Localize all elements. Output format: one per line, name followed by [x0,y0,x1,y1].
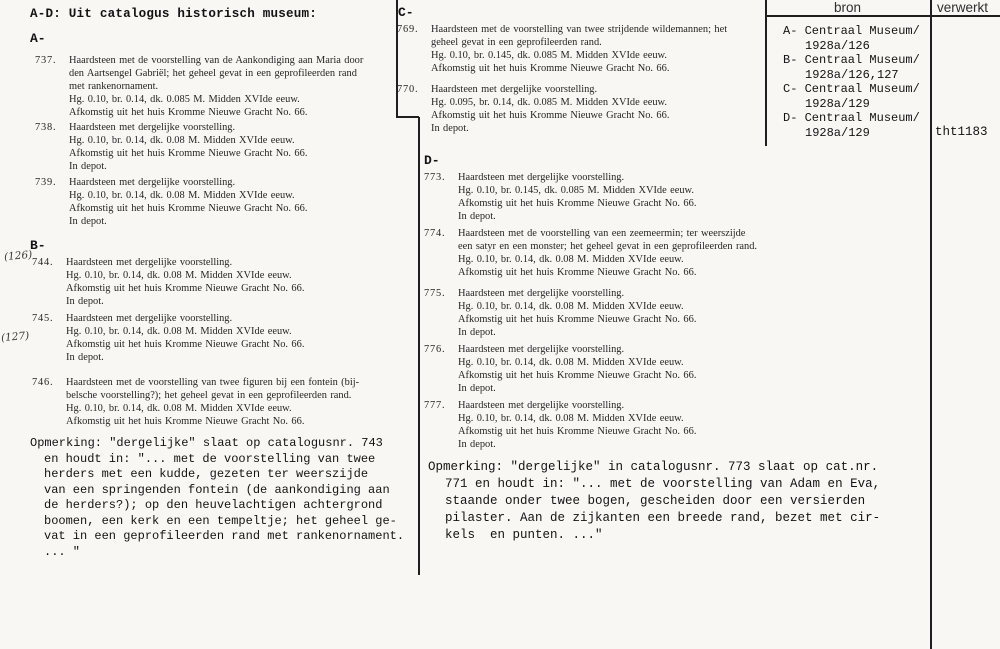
entry-line: Afkomstig uit het huis Kromme Nieuwe Gra… [458,369,696,382]
verwerkt-column-header: verwerkt [937,0,988,15]
entry-line: Haardsteen met dergelijke voorstelling. [66,312,304,325]
opmerking-line: herders met een kudde, gezeten ter weers… [30,467,404,483]
entry-line: Afkomstig uit het huis Kromme Nieuwe Gra… [458,425,696,438]
entry-text: Haardsteen met de voorstelling van twee … [66,376,359,428]
opmerking-line: van een springenden fontein (de aankondi… [30,483,404,499]
bron-entry-ref: 1928a/126,127 [783,68,920,83]
verwerkt-value: tht1183 [935,125,988,139]
entry-line: In depot. [66,295,304,308]
opmerking-middle: Opmerking: "dergelijke" in catalogusnr. … [428,459,880,544]
entry-line: Haardsteen met dergelijke voorstelling. [69,176,307,189]
bron-entry-label: A- Centraal Museum/ [783,24,920,39]
catalog-entry-773: 773.Haardsteen met dergelijke voorstelli… [424,171,696,223]
entry-line: Hg. 0.10, br. 0.14, dk. 0.08 M. Midden X… [458,253,757,266]
entry-line: Hg. 0.10, br. 0.14, dk. 0.08 M. Midden X… [66,325,304,338]
bron-column-header: bron [765,0,930,15]
entry-line: In depot. [458,326,696,339]
opmerking-line: Opmerking: "dergelijke" slaat op catalog… [30,436,404,452]
entry-text: Haardsteen met dergelijke voorstelling.H… [458,171,696,223]
section-label-d: D- [424,153,440,168]
entry-line: Hg. 0.10, br. 0.14, dk. 0.08 M. Midden X… [458,356,696,369]
catalog-entry-744: 744.Haardsteen met dergelijke voorstelli… [32,256,304,308]
entry-number: 737. [35,54,62,119]
entry-line: met rankenornament. [69,80,363,93]
catalog-entry-776: 776.Haardsteen met dergelijke voorstelli… [424,343,696,395]
entry-text: Haardsteen met dergelijke voorstelling.H… [66,312,304,364]
entry-text: Haardsteen met dergelijke voorstelling.H… [66,256,304,308]
catalog-entry-774: 774.Haardsteen met de voorstelling van e… [424,227,757,279]
entry-line: Haardsteen met dergelijke voorstelling. [66,256,304,269]
page-title: A-D: Uit catalogus historisch museum: [30,7,317,21]
entry-line: Hg. 0.10, br. 0.145, dk. 0.085 M. Midden… [458,184,696,197]
section-label-a: A- [30,31,46,46]
entry-line: In depot. [458,210,696,223]
bron-entry-ref: 1928a/129 [783,126,920,141]
entry-number: 770. [397,83,424,135]
entry-number: 773. [424,171,451,223]
entry-line: Afkomstig uit het huis Kromme Nieuwe Gra… [458,197,696,210]
catalog-entry-738: 738.Haardsteen met dergelijke voorstelli… [35,121,307,173]
entry-number: 775. [424,287,451,339]
table-header-rule [765,15,1000,17]
entry-line: Hg. 0.10, br. 0.14, dk. 0.08 M. Midden X… [458,300,696,313]
entry-line: Afkomstig uit het huis Kromme Nieuwe Gra… [431,109,669,122]
entry-line: Haardsteen met dergelijke voorstelling. [458,171,696,184]
opmerking-line: Opmerking: "dergelijke" in catalogusnr. … [428,459,880,476]
catalog-entry-775: 775.Haardsteen met dergelijke voorstelli… [424,287,696,339]
catalog-entry-769: 769.Haardsteen met de voorstelling van t… [397,23,727,75]
entry-number: 776. [424,343,451,395]
bron-entry-label: B- Centraal Museum/ [783,53,920,68]
entry-line: Afkomstig uit het huis Kromme Nieuwe Gra… [66,338,304,351]
opmerking-line: pilaster. Aan de zijkanten een breede ra… [428,510,880,527]
entry-line: In depot. [69,215,307,228]
entry-line: Haardsteen met de voorstelling van de Aa… [69,54,363,67]
entry-line: Hg. 0.10, br. 0.14, dk. 0.08 M. Midden X… [69,134,307,147]
entry-line: Hg. 0.10, br. 0.14, dk. 0.08 M. Midden X… [66,269,304,282]
entry-line: geheel gevat in een geprofileerden rand. [431,36,727,49]
entry-number: 738. [35,121,62,173]
entry-line: In depot. [69,160,307,173]
entry-line: Hg. 0.10, br. 0.14, dk. 0.08 M. Midden X… [66,402,359,415]
entry-number: 777. [424,399,451,451]
entry-line: Afkomstig uit het huis Kromme Nieuwe Gra… [458,313,696,326]
entry-number: 744. [32,256,59,308]
entry-line: Haardsteen met dergelijke voorstelling. [431,83,669,96]
entry-line: In depot. [431,122,669,135]
entry-line: Haardsteen met dergelijke voorstelling. [458,343,696,356]
entry-line: Haardsteen met de voorstelling van een z… [458,227,757,240]
bron-entry-label: C- Centraal Museum/ [783,82,920,97]
entry-text: Haardsteen met de voorstelling van twee … [431,23,727,75]
entry-text: Haardsteen met de voorstelling van een z… [458,227,757,279]
entry-line: Hg. 0.10, br. 0.145, dk. 0.085 M. Midden… [431,49,727,62]
catalog-entry-770: 770.Haardsteen met dergelijke voorstelli… [397,83,669,135]
opmerking-line: kels en punten. ..." [428,527,880,544]
entry-line: In depot. [66,351,304,364]
margin-note-126: (126) [4,249,33,263]
table-left-border [765,0,767,146]
entry-line: Haardsteen met de voorstelling van twee … [431,23,727,36]
entry-number: 739. [35,176,62,228]
entry-line: Afkomstig uit het huis Kromme Nieuwe Gra… [69,106,363,119]
opmerking-line: vat in een geprofileerden rand met ranke… [30,529,404,545]
entry-number: 745. [32,312,59,364]
section-label-c: C- [398,5,414,20]
entry-line: Hg. 0.10, br. 0.14, dk. 0.08 M. Midden X… [69,189,307,202]
catalog-entry-777: 777.Haardsteen met dergelijke voorstelli… [424,399,696,451]
entry-line: Afkomstig uit het huis Kromme Nieuwe Gra… [69,202,307,215]
entry-text: Haardsteen met dergelijke voorstelling.H… [458,287,696,339]
entry-text: Haardsteen met dergelijke voorstelling.H… [458,399,696,451]
entry-text: Haardsteen met dergelijke voorstelling.H… [458,343,696,395]
entry-line: Haardsteen met dergelijke voorstelling. [69,121,307,134]
entry-line: Haardsteen met de voorstelling van twee … [66,376,359,389]
entry-line: den Aartsengel Gabriël; het geheel gevat… [69,67,363,80]
entry-line: Hg. 0.10, br. 0.14, dk. 0.085 M. Midden … [69,93,363,106]
scanned-catalog-page: A-D: Uit catalogus historisch museum: A-… [0,0,1000,649]
catalog-entry-737: 737.Haardsteen met de voorstelling van d… [35,54,363,119]
bron-entry-label: D- Centraal Museum/ [783,111,920,126]
entry-line: Afkomstig uit het huis Kromme Nieuwe Gra… [69,147,307,160]
opmerking-left: Opmerking: "dergelijke" slaat op catalog… [30,436,404,560]
entry-line: Hg. 0.10, br. 0.14, dk. 0.08 M. Midden X… [458,412,696,425]
entry-line: Haardsteen met dergelijke voorstelling. [458,399,696,412]
entry-line: Hg. 0.095, br. 0.14, dk. 0.085 M. Midden… [431,96,669,109]
entry-line: een satyr en een monster; het geheel gev… [458,240,757,253]
table-column-border [930,0,932,649]
margin-note-127: (127) [1,330,30,344]
catalog-entry-746: 746.Haardsteen met de voorstelling van t… [32,376,359,428]
bron-entry-ref: 1928a/126 [783,39,920,54]
entry-number: 746. [32,376,59,428]
entry-line: Afkomstig uit het huis Kromme Nieuwe Gra… [431,62,727,75]
opmerking-line: 771 en houdt in: "... met de voorstellin… [428,476,880,493]
entry-line: Afkomstig uit het huis Kromme Nieuwe Gra… [66,282,304,295]
opmerking-line: de herders?); op den heuvelachtigen acht… [30,498,404,514]
entry-text: Haardsteen met dergelijke voorstelling.H… [69,121,307,173]
entry-line: In depot. [458,382,696,395]
opmerking-line: ... " [30,545,404,561]
entry-number: 774. [424,227,451,279]
bron-entries: A- Centraal Museum/1928a/126B- Centraal … [783,24,920,140]
entry-number: 769. [397,23,424,75]
divider-line-d-section [418,117,420,575]
catalog-entry-739: 739.Haardsteen met dergelijke voorstelli… [35,176,307,228]
entry-text: Haardsteen met dergelijke voorstelling.H… [431,83,669,135]
entry-text: Haardsteen met dergelijke voorstelling.H… [69,176,307,228]
entry-line: Afkomstig uit het huis Kromme Nieuwe Gra… [66,415,359,428]
entry-line: Afkomstig uit het huis Kromme Nieuwe Gra… [458,266,757,279]
section-label-b: B- [30,238,46,253]
opmerking-line: boomen, een kerk en een tempeltje; het g… [30,514,404,530]
entry-line: belsche voorstelling?); het geheel gevat… [66,389,359,402]
catalog-entry-745: 745.Haardsteen met dergelijke voorstelli… [32,312,304,364]
opmerking-line: en houdt in: "... met de voorstelling va… [30,452,404,468]
bron-entry-ref: 1928a/129 [783,97,920,112]
entry-line: In depot. [458,438,696,451]
entry-line: Haardsteen met dergelijke voorstelling. [458,287,696,300]
opmerking-line: staande onder twee bogen, gescheiden doo… [428,493,880,510]
entry-text: Haardsteen met de voorstelling van de Aa… [69,54,363,119]
